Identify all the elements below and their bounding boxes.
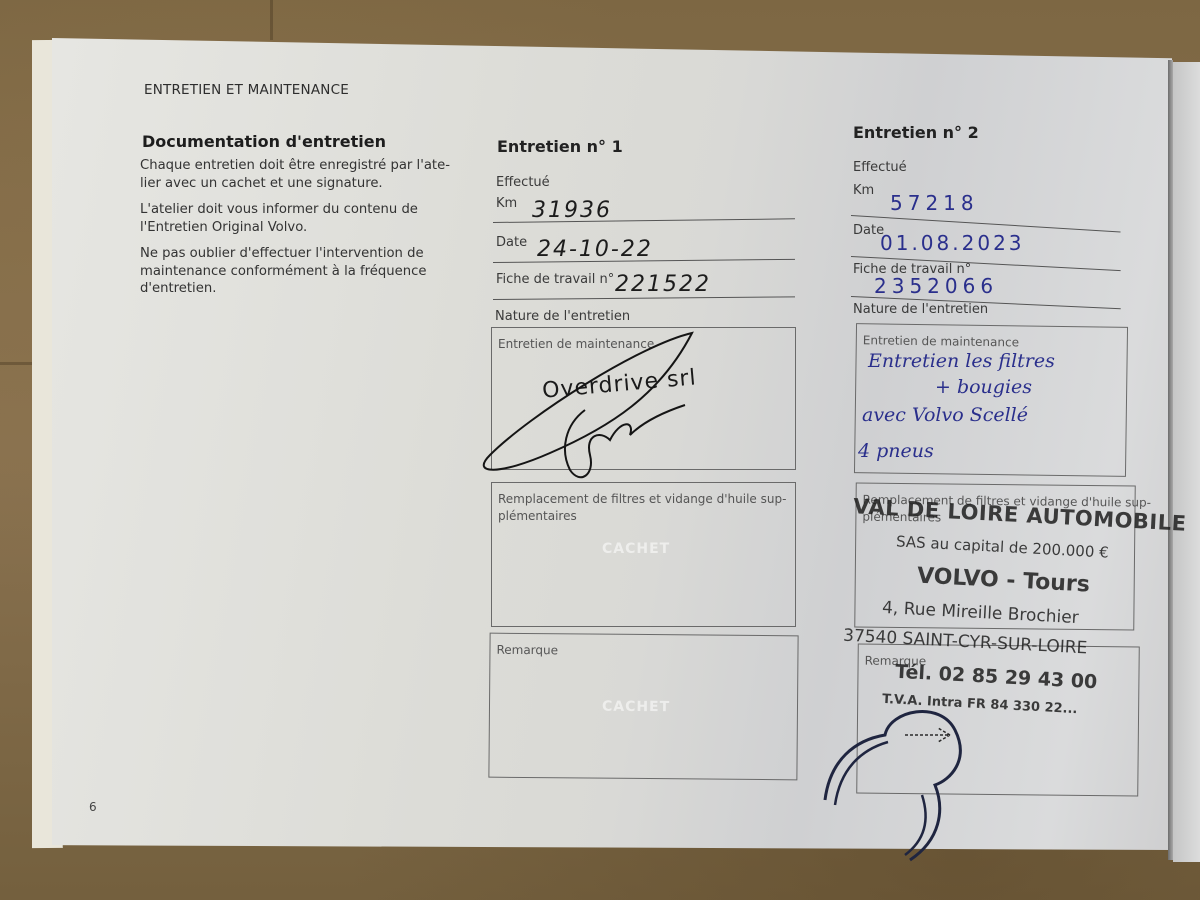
filters-box-label: Remplacement de filtres et vidange d'hui… [498, 491, 788, 525]
section-header: ENTRETIEN ET MAINTENANCE [144, 82, 349, 98]
nature-label: Nature de l'entretien [853, 302, 988, 317]
effectue-label: Effectué [496, 175, 550, 190]
cardboard-crease [270, 0, 273, 40]
maintenance-note-line-4: 4 pneus [858, 440, 934, 462]
cachet-watermark: CACHET [602, 699, 670, 716]
intro-paragraph-2: L'atelier doit vous informer du contenu … [140, 201, 460, 236]
maintenance-note-line-2: + bougies [935, 376, 1032, 398]
intro-paragraph-1: Chaque entretien doit être enregistré pa… [140, 157, 460, 192]
maintenance-note-line-3: avec Volvo Scellé [862, 404, 1028, 426]
documentation-title: Documentation d'entretien [142, 132, 386, 151]
page-number: 6 [89, 800, 97, 814]
km-label: Km [496, 196, 517, 211]
effectue-label: Effectué [853, 160, 907, 175]
service-title: Entretien n° 2 [853, 123, 979, 142]
work-order-label: Fiche de travail n° [496, 272, 614, 287]
signature-icon [810, 690, 980, 870]
nature-label: Nature de l'entretien [495, 309, 630, 324]
date-value: 24-10-22 [537, 237, 653, 262]
cachet-watermark: CACHET [602, 541, 670, 557]
remark-box-label: Remarque [496, 642, 786, 662]
next-page-edge [1173, 62, 1200, 862]
date-label: Date [496, 235, 527, 250]
intro-paragraph-3: Ne pas oublier d'effectuer l'interventio… [140, 245, 460, 298]
maintenance-note-line-1: Entretien les filtres [868, 350, 1055, 372]
work-order-value: 2352066 [874, 274, 998, 298]
km-label: Km [853, 183, 874, 198]
work-order-value: 221522 [615, 272, 711, 297]
km-value: 31936 [532, 198, 612, 223]
service-title: Entretien n° 1 [497, 137, 623, 156]
filters-box: Remplacement de filtres et vidange d'hui… [491, 482, 796, 627]
signature-icon [470, 325, 710, 490]
remark-box: Remarque CACHET [488, 633, 798, 781]
date-value: 01.08.2023 [880, 231, 1025, 255]
km-value: 57218 [890, 191, 979, 215]
